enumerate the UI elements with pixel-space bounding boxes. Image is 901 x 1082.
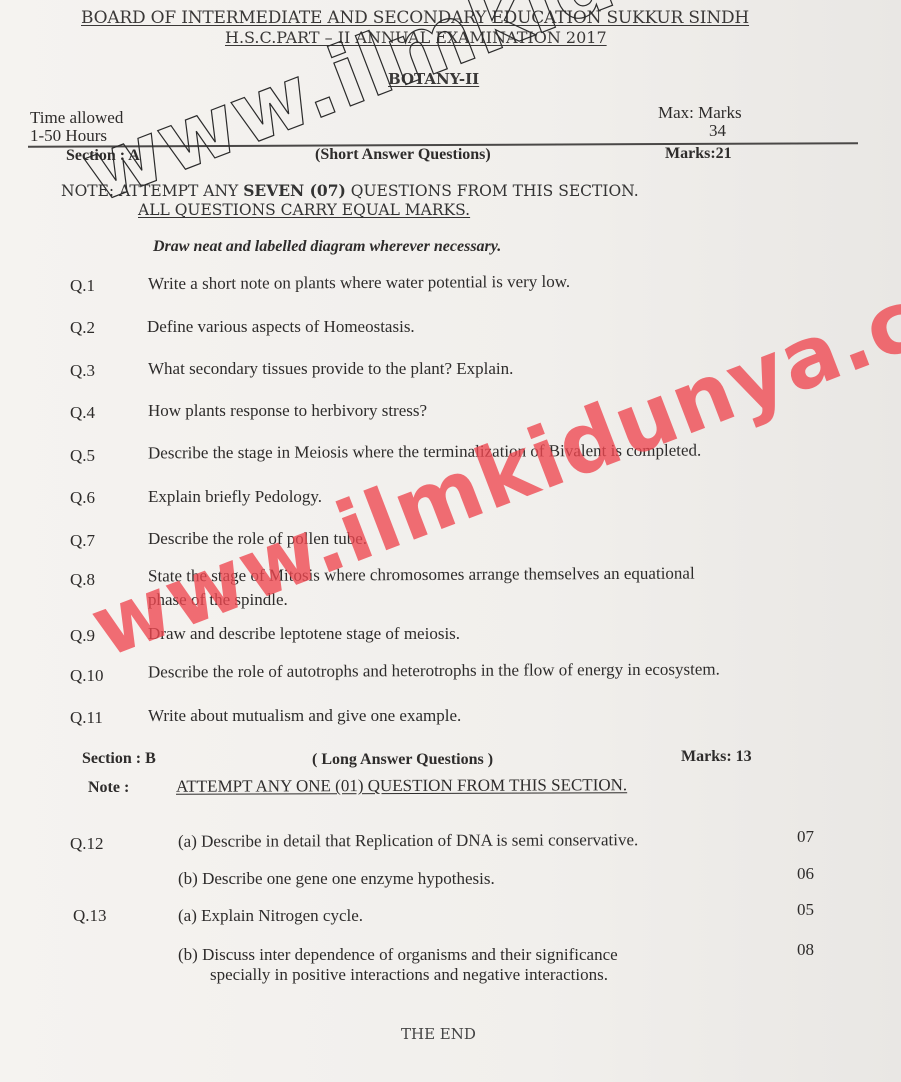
- question-number: Q.1: [70, 276, 95, 296]
- question-number: Q.12: [70, 834, 104, 854]
- question-text: What secondary tissues provide to the pl…: [148, 359, 513, 379]
- question-text: How plants response to herbivory stress?: [148, 401, 427, 421]
- the-end: THE END: [401, 1025, 476, 1043]
- question-text: Write about mutualism and give one examp…: [148, 706, 461, 726]
- section-b-title: ( Long Answer Questions ): [312, 751, 493, 769]
- question-number: Q.13: [73, 906, 107, 926]
- question-number: Q.2: [70, 318, 95, 338]
- question-text-continued: phase of the spindle.: [148, 590, 288, 610]
- note-count: SEVEN (07): [243, 181, 346, 200]
- question-number: Q.11: [70, 708, 103, 728]
- exam-title: H.S.C.PART – II ANNUAL EXAMINATION 2017: [225, 28, 607, 47]
- time-allowed-value: 1-50 Hours: [30, 126, 107, 146]
- question-part-marks: 05: [797, 900, 814, 920]
- question-number: Q.8: [70, 570, 95, 590]
- question-number: Q.5: [70, 446, 95, 466]
- question-text: Write a short note on plants where water…: [148, 272, 570, 294]
- question-text: Define various aspects of Homeostasis.: [147, 317, 415, 337]
- time-allowed-label: Time allowed: [30, 108, 123, 128]
- question-part-marks: 07: [797, 827, 814, 847]
- question-text: Draw and describe leptotene stage of mei…: [148, 624, 460, 644]
- question-part-marks: 06: [797, 864, 814, 884]
- question-text: Describe the stage in Meiosis where the …: [148, 441, 701, 464]
- note-prefix: NOTE: ATTEMPT ANY: [61, 182, 243, 200]
- max-marks-value: 34: [709, 121, 726, 141]
- question-part-text: (b) Describe one gene one enzyme hypothe…: [178, 869, 495, 889]
- section-a-marks: Marks:21: [665, 145, 732, 163]
- section-b-note: ATTEMPT ANY ONE (01) QUESTION FROM THIS …: [176, 775, 627, 797]
- section-b-marks: Marks: 13: [681, 748, 752, 766]
- question-part-text: (a) Explain Nitrogen cycle.: [178, 906, 363, 926]
- question-text: Explain briefly Pedology.: [148, 487, 322, 507]
- question-number: Q.7: [70, 531, 95, 551]
- question-number: Q.4: [70, 403, 95, 423]
- board-title: BOARD OF INTERMEDIATE AND SECONDARY EDUC…: [81, 8, 749, 28]
- section-a-label: Section : A: [66, 147, 140, 165]
- max-marks-label: Max: Marks: [658, 103, 742, 123]
- question-text: Describe the role of autotrophs and hete…: [148, 660, 720, 683]
- section-b-label: Section : B: [82, 750, 156, 768]
- question-text: Describe the role of pollen tube.: [148, 529, 367, 549]
- section-a-title: (Short Answer Questions): [315, 146, 491, 164]
- question-part-text: (b) Discuss inter dependence of organism…: [178, 945, 618, 965]
- question-number: Q.9: [70, 626, 95, 646]
- subject-title: BOTANY-II: [388, 70, 479, 88]
- question-number: Q.3: [70, 361, 95, 381]
- question-text: State the stage of Mitosis where chromos…: [148, 564, 695, 587]
- question-number: Q.10: [70, 666, 104, 686]
- section-b-note-label: Note :: [88, 779, 129, 797]
- note-suffix: QUESTIONS FROM THIS SECTION.: [346, 182, 639, 200]
- question-part-marks: 08: [797, 940, 814, 960]
- diagram-instruction: Draw neat and labelled diagram wherever …: [153, 238, 501, 256]
- section-a-note-line2: ALL QUESTIONS CARRY EQUAL MARKS.: [138, 201, 470, 219]
- question-part-text-continued: specially in positive interactions and n…: [210, 965, 608, 985]
- section-a-note: NOTE: ATTEMPT ANY SEVEN (07) QUESTIONS F…: [61, 181, 639, 200]
- question-part-text: (a) Describe in detail that Replication …: [178, 830, 638, 852]
- question-number: Q.6: [70, 488, 95, 508]
